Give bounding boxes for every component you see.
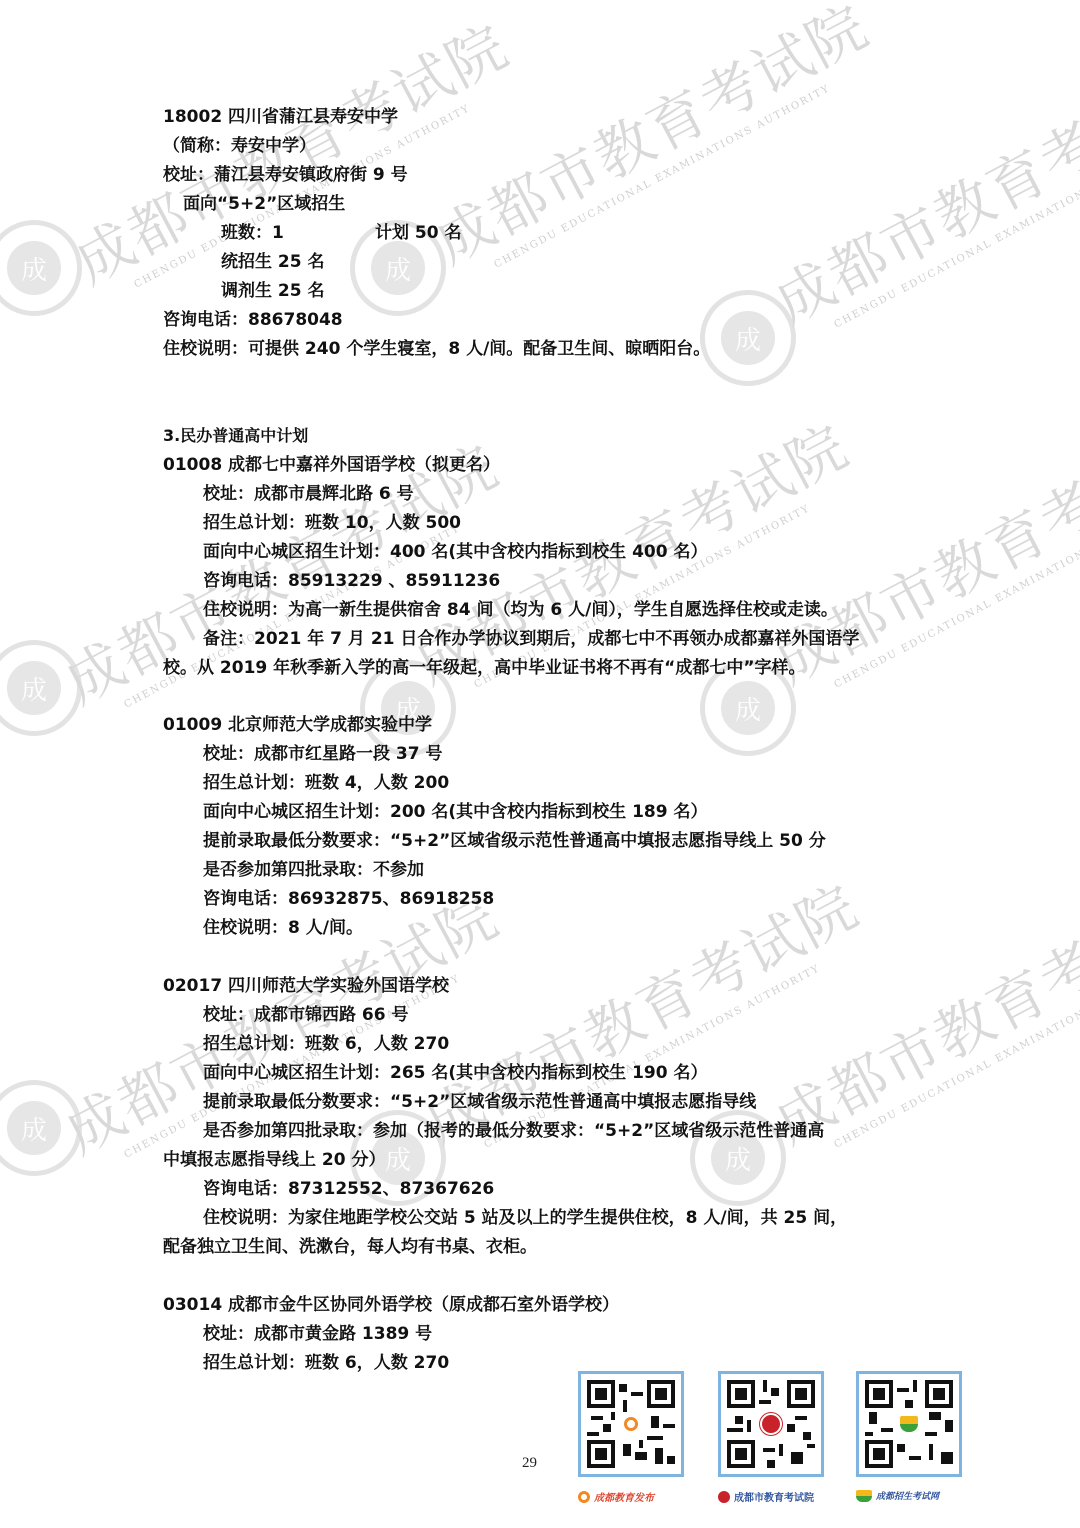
school-detail: 住校说明：8 人/间。: [203, 917, 363, 939]
qr-code-exam-authority[interactable]: 成都市教育考试院: [718, 1371, 824, 1504]
watermark-seal-icon: 成: [700, 290, 796, 386]
exam-authority-logo-icon: [718, 1491, 730, 1503]
qr-code-icon: [718, 1371, 824, 1477]
page-number: 29: [522, 1455, 537, 1472]
watermark-seal-icon: 成: [0, 640, 82, 736]
school-title: 01008 成都七中嘉祥外国语学校（拟更名）: [163, 454, 500, 476]
section-heading: 3.民办普通高中计划: [163, 425, 308, 447]
school-detail: 是否参加第四批录取：参加（报考的最低分数要求：“5+2”区域省级示范性普通高: [203, 1120, 824, 1142]
watermark-text: 成都市教育考试院CHENGDU EDUCATIONAL EXAMINATIONS…: [418, 0, 886, 289]
enrollment-plan: 计划 50 名: [375, 222, 462, 244]
watermark-seal-icon: 成: [0, 220, 82, 316]
qr-code-icon: [578, 1371, 684, 1477]
class-count: 班数：1: [221, 222, 284, 244]
school-detail: 配备独立卫生间、洗漱台，每人均有书桌、衣柜。: [163, 1236, 537, 1258]
school-detail: 住校说明：为高一新生提供宿舍 84 间（均为 6 人/间），学生自愿选择住校或走…: [203, 599, 838, 621]
watermark-seal-icon: 成: [0, 1080, 82, 1176]
school-detail: 招生总计划：班数 6，人数 270: [203, 1033, 449, 1055]
school-detail: 面向中心城区招生计划：400 名(其中含校内指标到校生 400 名）: [203, 541, 708, 563]
unified-students: 统招生 25 名: [221, 251, 325, 273]
school-detail: 校址：成都市晨辉北路 6 号: [203, 483, 414, 505]
school-detail: 招生总计划：班数 6，人数 270: [203, 1352, 449, 1374]
qr-caption: 成都市教育考试院: [718, 1489, 824, 1504]
school-detail: 招生总计划：班数 4，人数 200: [203, 772, 449, 794]
qr-caption: 成都教育发布: [578, 1489, 684, 1504]
watermark-text: 成都市教育考试院CHENGDU EDUCATIONAL EXAMINATIONS…: [758, 400, 1080, 709]
school-detail: 校。从 2019 年秋季新入学的高一年级起，高中毕业证书将不再有“成都七中”字样…: [163, 657, 806, 679]
school-detail: 提前录取最低分数要求：“5+2”区域省级示范性普通高中填报志愿指导线上 50 分: [203, 830, 826, 852]
school-detail: 面向中心城区招生计划：200 名(其中含校内指标到校生 189 名）: [203, 801, 708, 823]
chengdu-education-logo-icon: [578, 1491, 590, 1503]
school-detail: 校址：成都市锦西路 66 号: [203, 1004, 409, 1026]
school-short-name: （简称：寿安中学）: [163, 135, 316, 157]
school-address: 校址：蒲江县寿安镇政府街 9 号: [163, 164, 408, 186]
school-detail: 咨询电话：86932875、86918258: [203, 888, 494, 910]
school-detail: 咨询电话：85913229 、85911236: [203, 570, 500, 592]
school-detail: 咨询电话：87312552、87367626: [203, 1178, 494, 1200]
school-detail: 住校说明：为家住地距学校公交站 5 站及以上的学生提供住校，8 人/间，共 25…: [203, 1207, 847, 1229]
school-detail: 招生总计划：班数 10，人数 500: [203, 512, 461, 534]
adjusted-students: 调剂生 25 名: [221, 280, 325, 302]
school-phone: 咨询电话：88678048: [163, 309, 343, 331]
school-title: 02017 四川师范大学实验外国语学校: [163, 975, 449, 997]
school-detail: 是否参加第四批录取：不参加: [203, 859, 424, 881]
school-detail: 校址：成都市黄金路 1389 号: [203, 1323, 432, 1345]
school-title: 01009 北京师范大学成都实验中学: [163, 714, 432, 736]
school-detail: 提前录取最低分数要求：“5+2”区域省级示范性普通高中填报志愿指导线: [203, 1091, 756, 1113]
qr-code-admissions-site[interactable]: 成都招生考试网: [856, 1371, 962, 1502]
qr-code-icon: [856, 1371, 962, 1477]
boarding-info: 住校说明：可提供 240 个学生寝室，8 人/间。配备卫生间、晾晒阳台。: [163, 338, 710, 360]
school-detail: 备注：2021 年 7 月 21 日合作办学协议到期后，成都七中不再领办成都嘉祥…: [203, 628, 859, 650]
enrollment-region: 面向“5+2”区域招生: [183, 193, 345, 215]
admissions-site-logo-icon: [856, 1490, 872, 1502]
school-detail: 中填报志愿指导线上 20 分）: [163, 1149, 386, 1171]
qr-footer: 成都教育发布 成都市教育考试院: [540, 1345, 980, 1520]
qr-caption: 成都招生考试网: [856, 1489, 962, 1502]
school-detail: 校址：成都市红星路一段 37 号: [203, 743, 443, 765]
school-title: 03014 成都市金牛区协同外语学校（原成都石室外语学校）: [163, 1294, 619, 1316]
school-detail: 面向中心城区招生计划：265 名(其中含校内指标到校生 190 名）: [203, 1062, 708, 1084]
qr-code-chengdu-education-release[interactable]: 成都教育发布: [578, 1371, 684, 1504]
school-title: 18002 四川省蒲江县寿安中学: [163, 106, 398, 128]
watermark-text: 成都市教育考试院CHENGDU EDUCATIONAL EXAMINATIONS…: [758, 40, 1080, 349]
